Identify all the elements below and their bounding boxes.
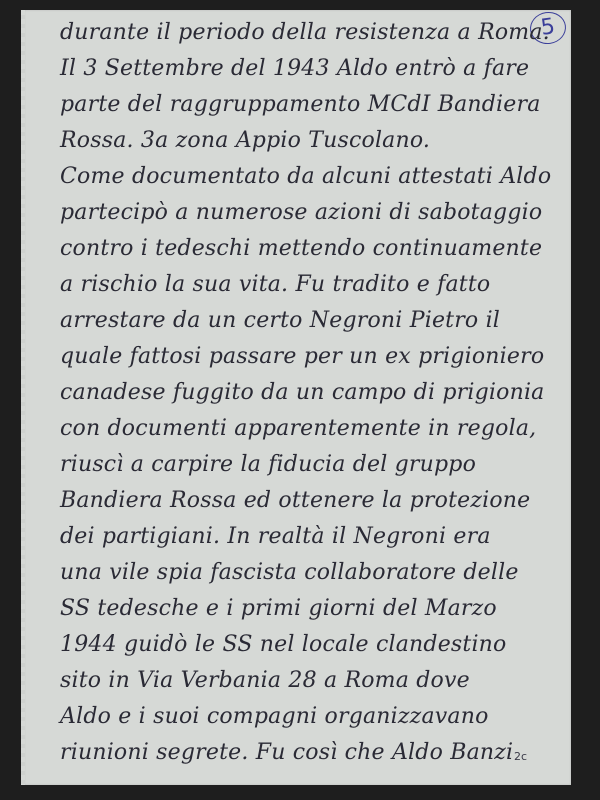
handwritten-line: a rischio la sua vita. Fu tradito e fatt… [60,272,490,297]
letter-page: 5 durante il periodo della resistenza a … [24,10,571,785]
handwritten-line: contro i tedeschi mettendo continuamente [60,236,542,261]
handwritten-line: con documenti apparentemente in regola, [60,416,536,441]
handwritten-line: riunioni segrete. Fu così che Aldo Banzi [60,740,513,765]
handwritten-line: parte del raggruppamento MCdI Bandiera [60,92,541,117]
archive-reference-note: 2c [514,750,527,763]
handwritten-line: partecipò a numerose azioni di sabotaggi… [60,200,542,225]
handwritten-line: Il 3 Settembre del 1943 Aldo entrò a far… [60,56,529,81]
handwritten-line: 1944 guidò le SS nel locale clandestino [60,632,507,657]
handwritten-line: sito in Via Verbania 28 a Roma dove [60,668,470,693]
handwritten-line: canadese fuggito da un campo di prigioni… [60,380,545,405]
handwritten-line: SS tedesche e i primi giorni del Marzo [60,596,497,621]
handwritten-line: durante il periodo della resistenza a Ro… [60,20,550,45]
handwritten-line: Bandiera Rossa ed ottenere la protezione [60,488,530,513]
handwritten-line: Come documentato da alcuni attestati Ald… [60,164,551,189]
handwritten-line: Aldo e i suoi compagni organizzavano [60,704,489,729]
handwritten-line: dei partigiani. In realtà il Negroni era [60,524,491,549]
handwritten-line: arrestare da un certo Negroni Pietro il [60,308,500,333]
handwritten-line: una vile spia fascista collaboratore del… [60,560,519,585]
handwritten-line: riuscì a carpire la fiducia del gruppo [60,452,476,477]
handwritten-line: Rossa. 3a zona Appio Tuscolano. [60,128,430,153]
handwritten-line: quale fattosi passare per un ex prigioni… [60,344,544,369]
